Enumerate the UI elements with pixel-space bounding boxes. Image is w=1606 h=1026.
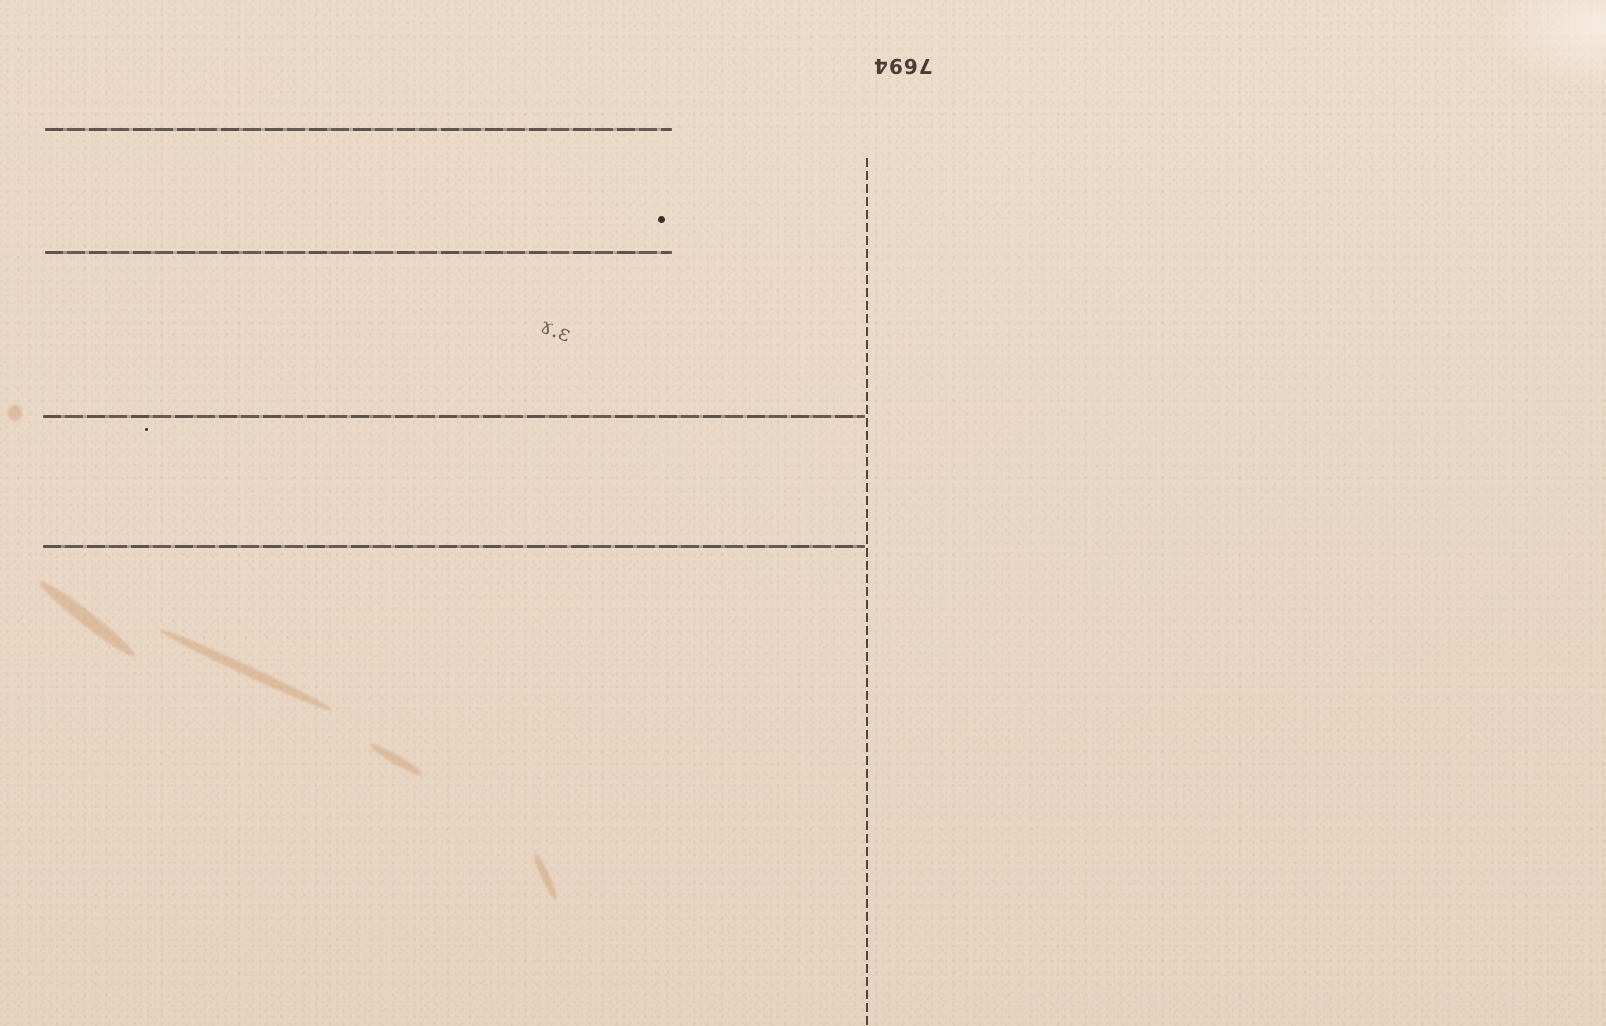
stain-streak-3 [368,741,424,779]
address-line-3 [43,415,865,418]
corner-wear [1486,0,1606,90]
address-line-2 [45,251,672,254]
ink-dot [658,216,665,223]
address-line-1 [45,128,672,131]
ink-dot-small [145,428,148,431]
stain-spot [8,405,22,421]
stain-streak-1 [36,576,139,661]
serial-number: 7694 [873,54,933,78]
center-divider-line [866,158,868,1026]
paper-texture [0,0,1606,1026]
handwritten-mark: ɤ.ɛ [537,313,575,347]
postcard-back: 7694 ɤ.ɛ · · · · · · · · · · [0,0,1606,1026]
address-line-4 [43,545,865,548]
stain-streak-4 [531,852,559,901]
